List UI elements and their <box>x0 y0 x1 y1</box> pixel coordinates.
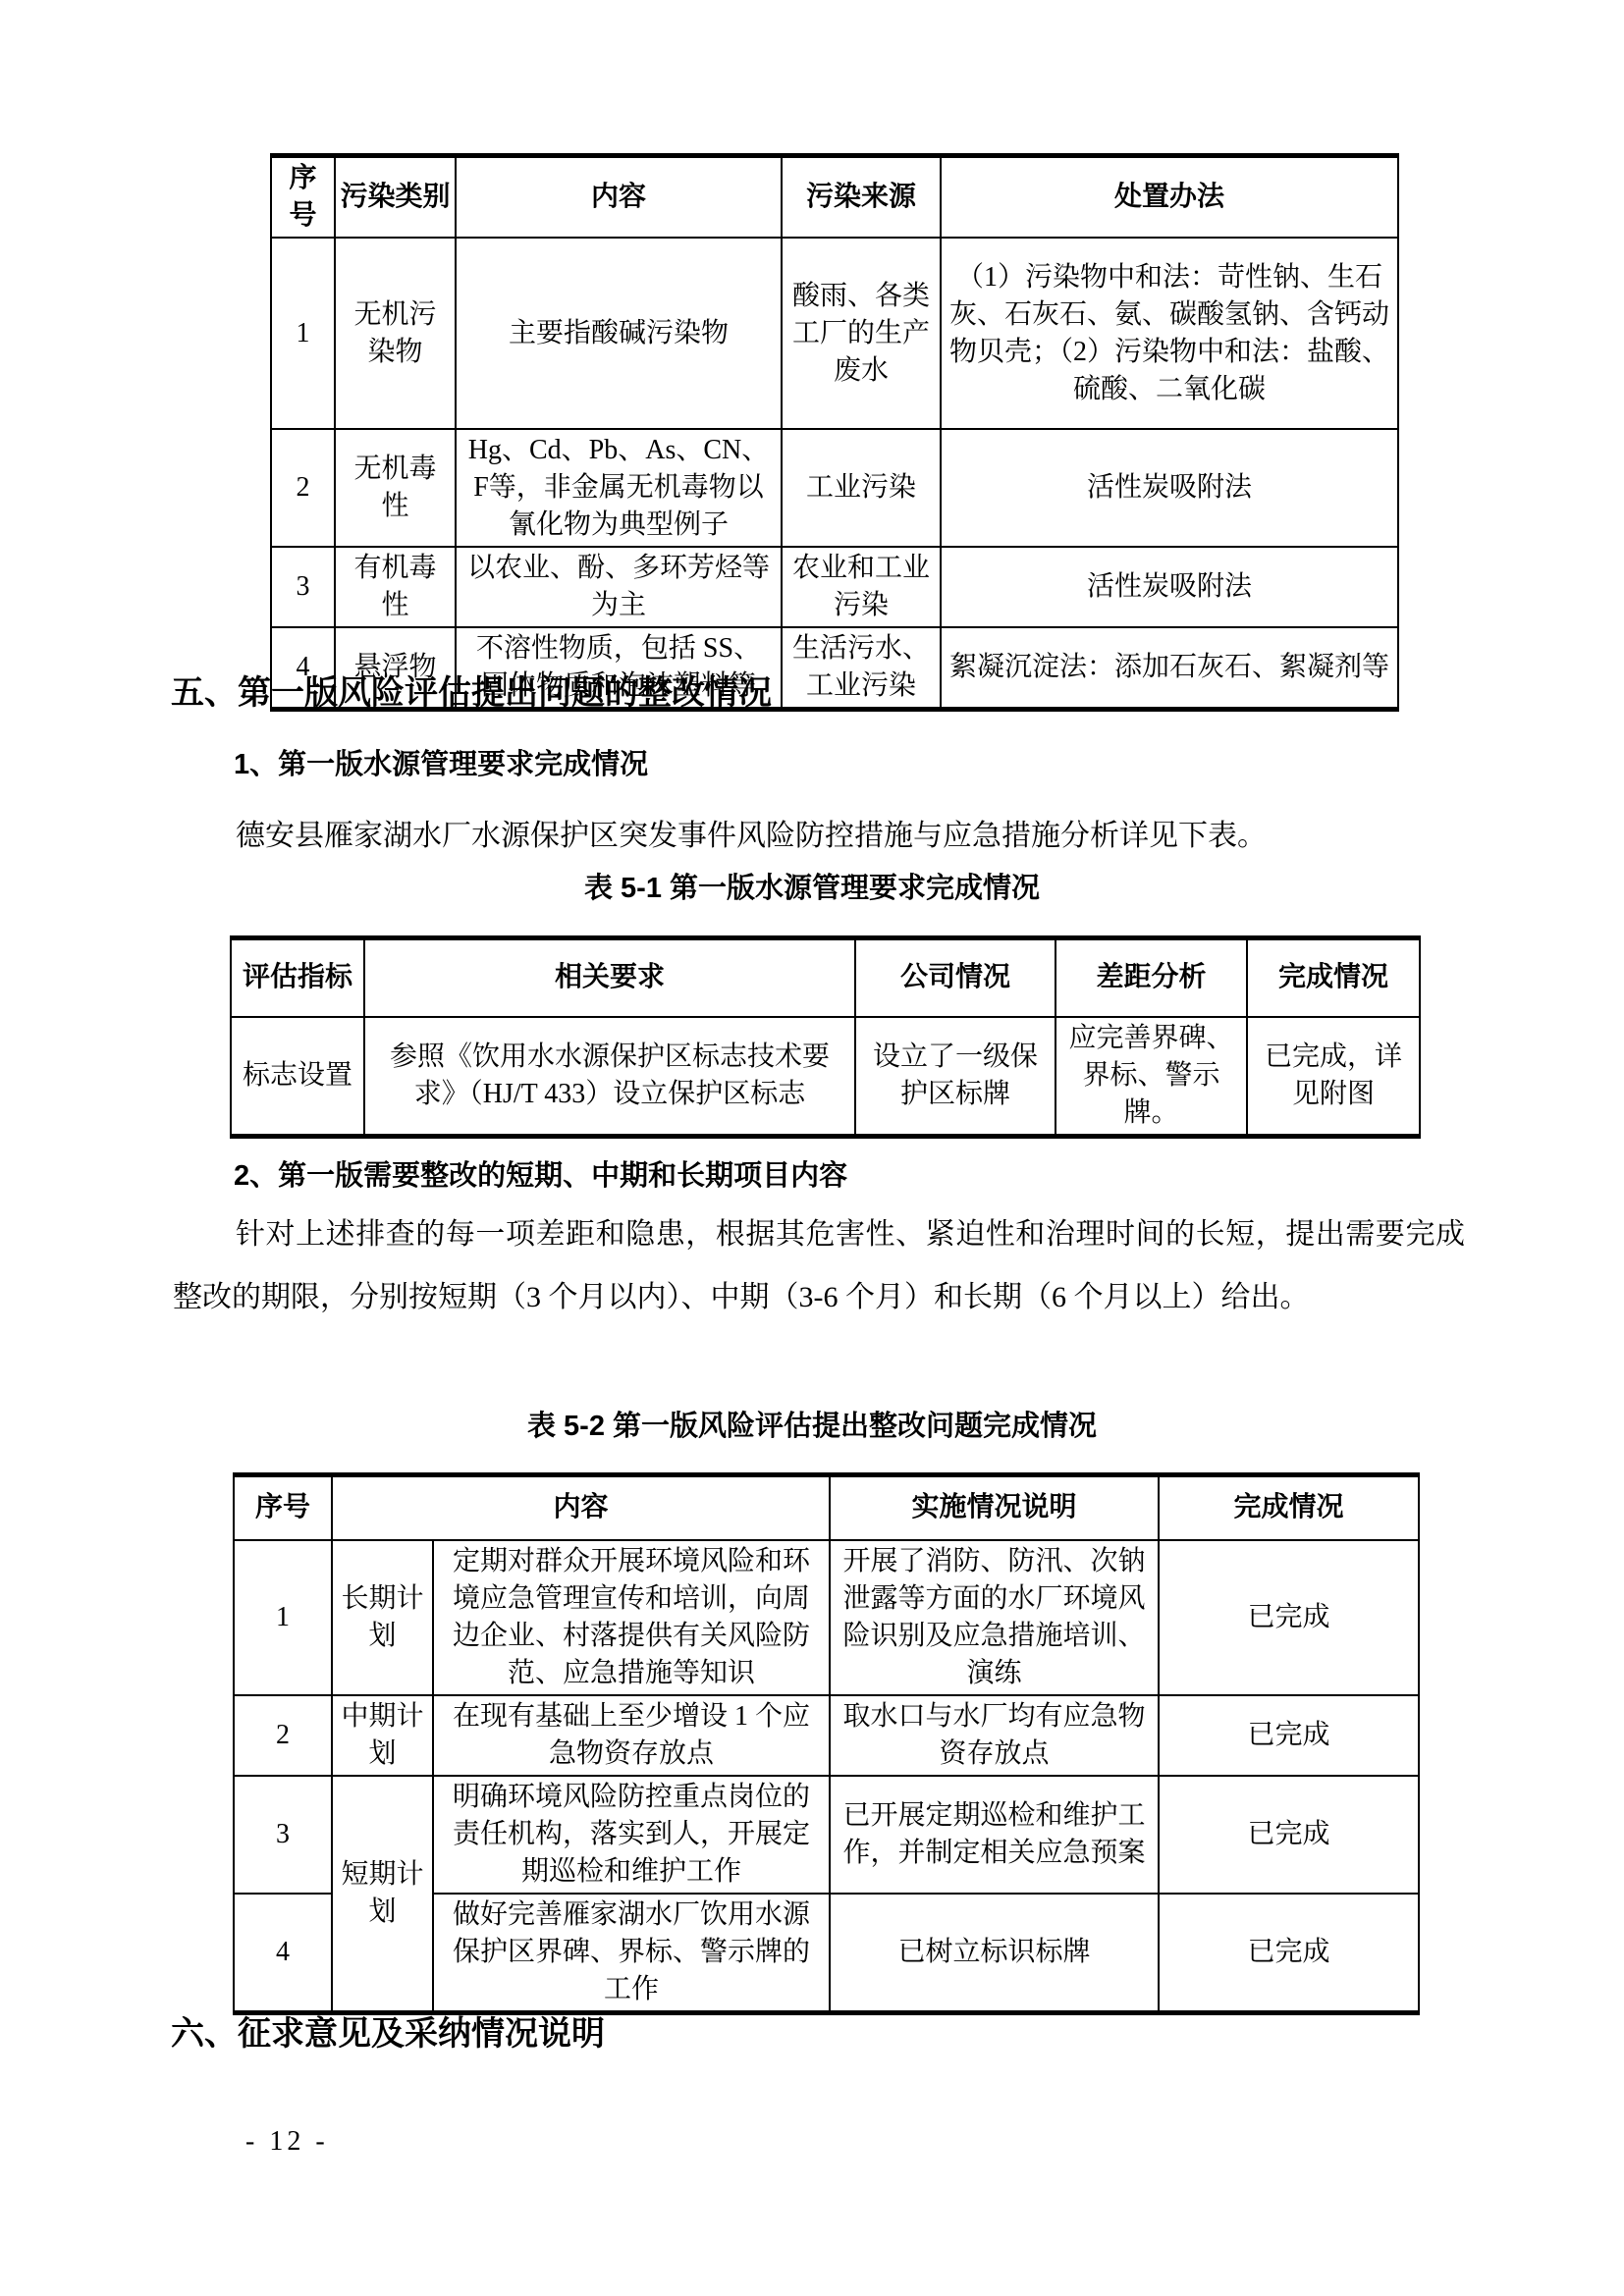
cell-no: 3 <box>271 547 335 627</box>
section6-heading: 六、征求意见及采纳情况说明 <box>171 2014 605 2054</box>
cell-treatment: 活性炭吸附法 <box>941 429 1398 547</box>
cell-no: 4 <box>234 1894 332 2013</box>
table-5-1: 评估指标 相关要求 公司情况 差距分析 完成情况 标志设置 参照《饮用水水源保护… <box>230 935 1421 1139</box>
cell-plan-type: 短期计划 <box>332 1776 433 2013</box>
section5-sub1-paragraph: 德安县雁家湖水厂水源保护区突发事件风险防控措施与应急措施分析详见下表。 <box>173 805 1469 868</box>
col-header: 相关要求 <box>364 938 855 1017</box>
section5-sub2-paragraph: 针对上述排查的每一项差距和隐患，根据其危害性、紧迫性和治理时间的长短，提出需要完… <box>173 1203 1465 1329</box>
col-header: 实施情况说明 <box>830 1475 1159 1540</box>
col-header: 处置办法 <box>941 156 1398 239</box>
table-row: 标志设置 参照《饮用水水源保护区标志技术要求》（HJ/T 433）设立保护区标志… <box>231 1017 1420 1137</box>
cell-implementation: 开展了消防、防汛、次钠泄露等方面的水厂环境风险识别及应急措施培训、演练 <box>830 1540 1159 1695</box>
cell-company-status: 设立了一级保护区标牌 <box>855 1017 1056 1137</box>
section5-sub1-heading: 1、第一版水源管理要求完成情况 <box>234 748 648 781</box>
cell-completion: 已完成 <box>1159 1695 1419 1776</box>
cell-content: 主要指酸碱污染物 <box>456 238 782 429</box>
cell-indicator: 标志设置 <box>231 1017 364 1137</box>
col-header: 差距分析 <box>1056 938 1247 1017</box>
cell-gap-analysis: 应完善界碑、界标、警示牌。 <box>1056 1017 1247 1137</box>
cell-content: 做好完善雁家湖水厂饮用水源保护区界碑、界标、警示牌的工作 <box>433 1894 830 2013</box>
cell-content: 明确环境风险防控重点岗位的责任机构，落实到人，开展定期巡检和维护工作 <box>433 1776 830 1894</box>
cell-source: 生活污水、工业污染 <box>782 627 941 710</box>
table-row: 2 中期计划 在现有基础上至少增设 1 个应急物资存放点 取水口与水厂均有应急物… <box>234 1695 1419 1776</box>
cell-no: 1 <box>271 238 335 429</box>
table-row: 2 无机毒性 Hg、Cd、Pb、As、CN、F等，非金属无机毒物以氰化物为典型例… <box>271 429 1398 547</box>
cell-implementation: 已开展定期巡检和维护工作，并制定相关应急预案 <box>830 1776 1159 1894</box>
cell-completion: 已完成 <box>1159 1894 1419 2013</box>
col-header: 完成情况 <box>1159 1475 1419 1540</box>
page-number: - 12 - <box>245 2126 329 2158</box>
pollution-types-table: 序号 污染类别 内容 污染来源 处置办法 1 无机污染物 主要指酸碱污染物 酸雨… <box>270 153 1399 712</box>
cell-no: 2 <box>271 429 335 547</box>
table52-title: 表 5-2 第一版风险评估提出整改问题完成情况 <box>0 1410 1624 1443</box>
cell-source: 工业污染 <box>782 429 941 547</box>
cell-no: 3 <box>234 1776 332 1894</box>
document-page: { "page": { "number_label": "- 12 -" }, … <box>0 0 1624 2296</box>
cell-source: 农业和工业污染 <box>782 547 941 627</box>
col-header: 公司情况 <box>855 938 1056 1017</box>
cell-content: 定期对群众开展环境风险和环境应急管理宣传和培训，向周边企业、村落提供有关风险防范… <box>433 1540 830 1695</box>
cell-category: 无机毒性 <box>335 429 456 547</box>
table-row: 1 无机污染物 主要指酸碱污染物 酸雨、各类工厂的生产废水 （1）污染物中和法：… <box>271 238 1398 429</box>
cell-implementation: 取水口与水厂均有应急物资存放点 <box>830 1695 1159 1776</box>
cell-content: 以农业、酚、多环芳烃等为主 <box>456 547 782 627</box>
table-5-2: 序号 内容 实施情况说明 完成情况 1 长期计划 定期对群众开展环境风险和环境应… <box>233 1472 1420 2015</box>
cell-completion: 已完成 <box>1159 1540 1419 1695</box>
section5-heading: 五、第一版风险评估提出问题的整改情况 <box>171 673 772 713</box>
cell-content: Hg、Cd、Pb、As、CN、F等，非金属无机毒物以氰化物为典型例子 <box>456 429 782 547</box>
cell-plan-type: 中期计划 <box>332 1695 433 1776</box>
col-header: 污染来源 <box>782 156 941 239</box>
cell-no: 1 <box>234 1540 332 1695</box>
cell-source: 酸雨、各类工厂的生产废水 <box>782 238 941 429</box>
table51-title: 表 5-1 第一版水源管理要求完成情况 <box>0 872 1624 905</box>
table-row: 1 长期计划 定期对群众开展环境风险和环境应急管理宣传和培训，向周边企业、村落提… <box>234 1540 1419 1695</box>
col-header: 内容 <box>332 1475 830 1540</box>
section5-sub2-heading: 2、第一版需要整改的短期、中期和长期项目内容 <box>234 1159 847 1193</box>
cell-requirement: 参照《饮用水水源保护区标志技术要求》（HJ/T 433）设立保护区标志 <box>364 1017 855 1137</box>
table-row: 3 短期计划 明确环境风险防控重点岗位的责任机构，落实到人，开展定期巡检和维护工… <box>234 1776 1419 1894</box>
col-header: 内容 <box>456 156 782 239</box>
col-header: 序号 <box>234 1475 332 1540</box>
cell-plan-type: 长期计划 <box>332 1540 433 1695</box>
cell-no: 2 <box>234 1695 332 1776</box>
cell-content: 在现有基础上至少增设 1 个应急物资存放点 <box>433 1695 830 1776</box>
table-header-row: 评估指标 相关要求 公司情况 差距分析 完成情况 <box>231 938 1420 1017</box>
col-header: 序号 <box>271 156 335 239</box>
table-header-row: 序号 内容 实施情况说明 完成情况 <box>234 1475 1419 1540</box>
cell-category: 有机毒性 <box>335 547 456 627</box>
col-header: 污染类别 <box>335 156 456 239</box>
cell-completion: 已完成，详见附图 <box>1247 1017 1420 1137</box>
cell-treatment: 活性炭吸附法 <box>941 547 1398 627</box>
cell-category: 无机污染物 <box>335 238 456 429</box>
col-header: 评估指标 <box>231 938 364 1017</box>
cell-implementation: 已树立标识标牌 <box>830 1894 1159 2013</box>
col-header: 完成情况 <box>1247 938 1420 1017</box>
cell-completion: 已完成 <box>1159 1776 1419 1894</box>
table-row: 3 有机毒性 以农业、酚、多环芳烃等为主 农业和工业污染 活性炭吸附法 <box>271 547 1398 627</box>
cell-treatment: 絮凝沉淀法：添加石灰石、絮凝剂等 <box>941 627 1398 710</box>
table-header-row: 序号 污染类别 内容 污染来源 处置办法 <box>271 156 1398 239</box>
cell-treatment: （1）污染物中和法：苛性钠、生石灰、石灰石、氨、碳酸氢钠、含钙动物贝壳；（2）污… <box>941 238 1398 429</box>
